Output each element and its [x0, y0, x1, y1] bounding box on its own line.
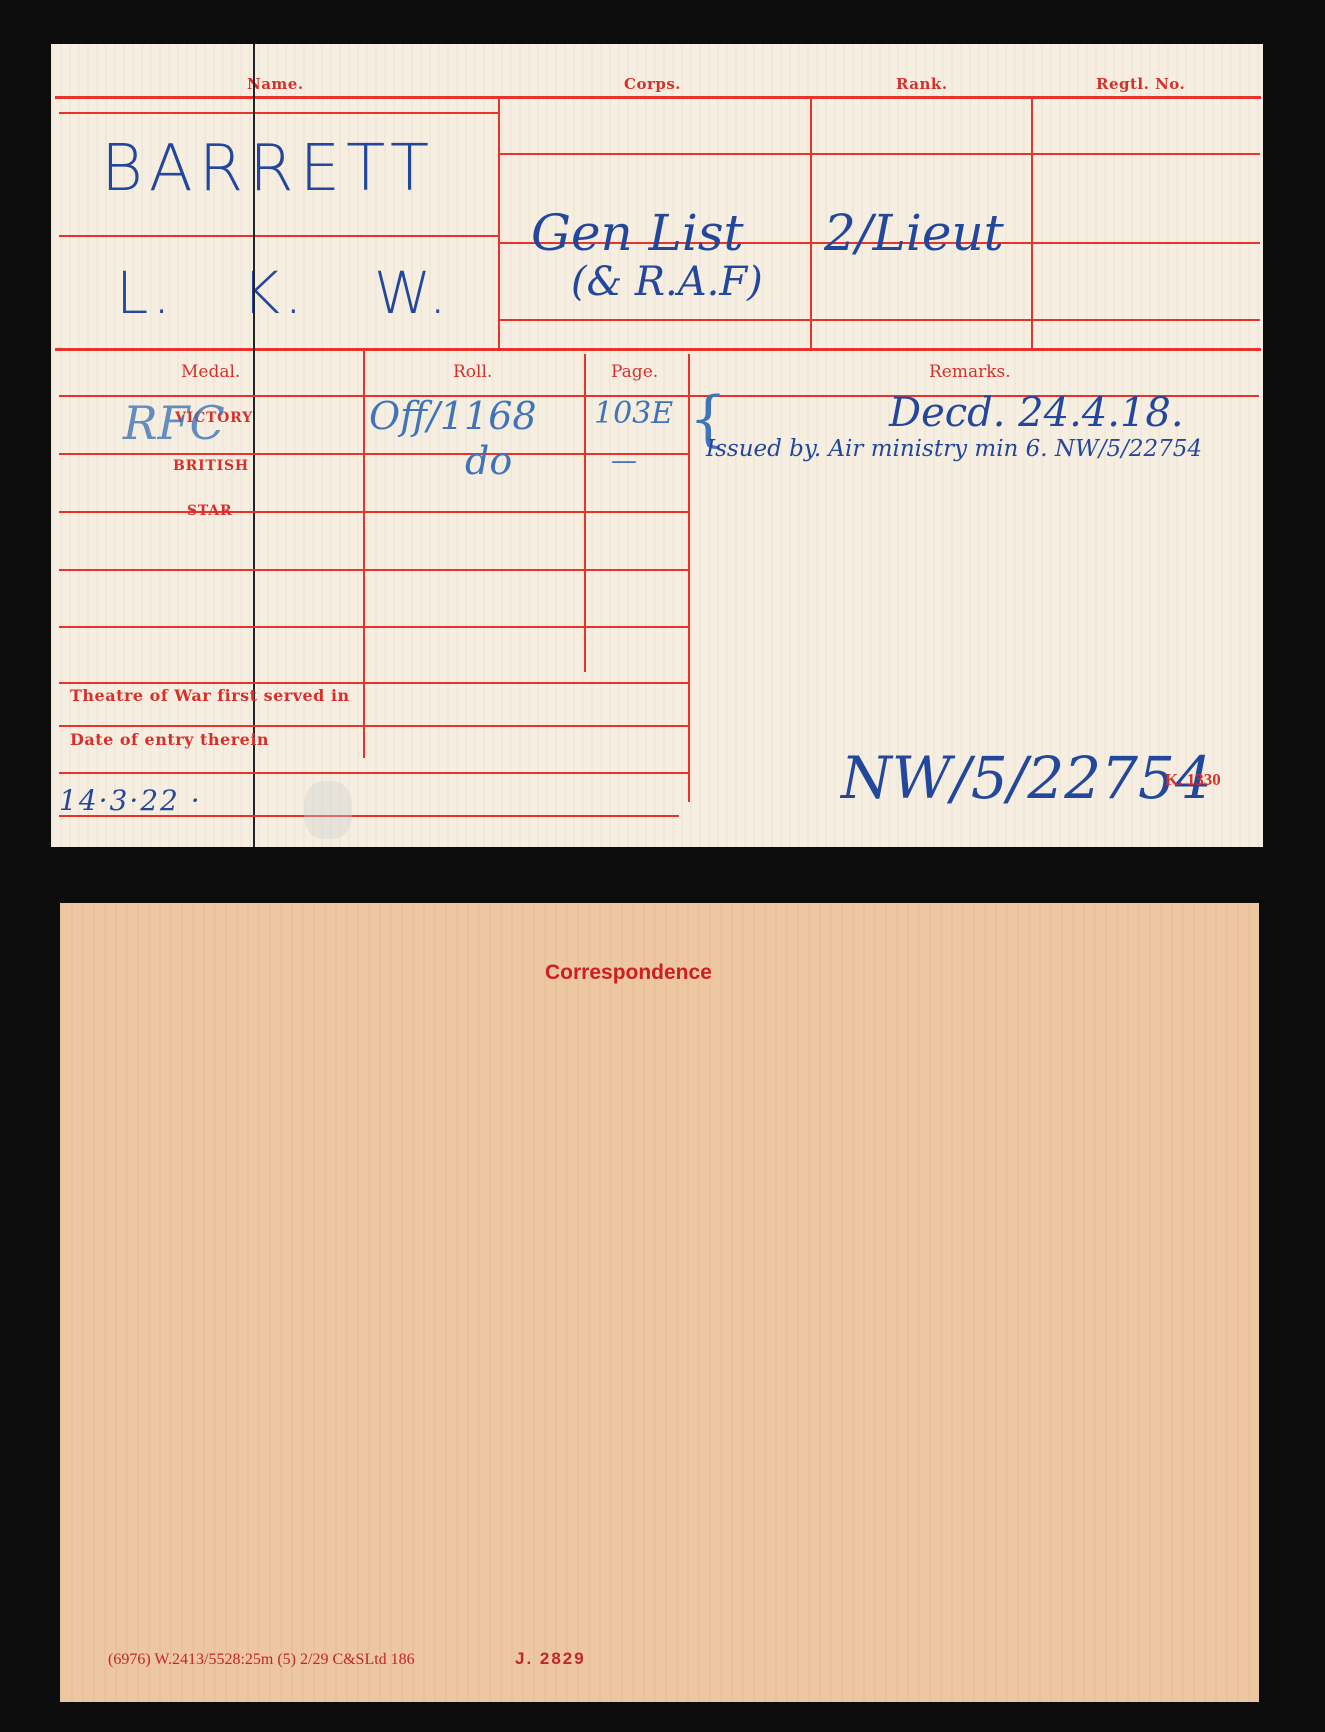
medal-index-card-front: Name. Corps. Rank. Regtl. No. BARRETT L.… — [51, 44, 1263, 847]
date-entry-label: Date of entry therein — [70, 730, 269, 749]
rule-medal-row2 — [59, 511, 689, 513]
rule-medal-row5 — [59, 682, 689, 684]
header-roll: Roll. — [453, 362, 492, 382]
rank-value: 2/Lieut — [824, 204, 1004, 262]
rule-name-bottom — [55, 348, 1261, 351]
rule-name-mid — [59, 235, 499, 237]
page-value-2: — — [611, 446, 637, 476]
correspondence-title: Correspondence — [545, 961, 712, 985]
medal-annotation: RFC — [123, 396, 225, 450]
divider-roll-page — [584, 354, 586, 672]
header-corps: Corps. — [624, 75, 681, 93]
medal-index-card-back: Correspondence (6976) W.2413/5528:25m (5… — [60, 903, 1259, 1702]
rule-medal-row6 — [59, 725, 689, 727]
rule-medal-row1 — [59, 453, 689, 455]
divider-corps-rank — [810, 98, 812, 350]
medal-star: STAR — [187, 503, 232, 519]
remarks-line-2: Issued by. Air ministry min 6. NW/5/2275… — [706, 436, 1202, 462]
divider-name-corps — [498, 98, 500, 350]
roll-value-2: do — [465, 439, 512, 483]
stain — [304, 781, 352, 839]
divider-rank-regtl — [1031, 98, 1033, 350]
header-page: Page. — [611, 362, 658, 382]
form-code-front: K. 1330 — [1165, 770, 1221, 790]
printer-imprint: (6976) W.2413/5528:25m (5) 2/29 C&SLtd 1… — [108, 1651, 415, 1669]
remarks-line-1: Decd. 24.4.18. — [889, 390, 1184, 436]
rule-name-header — [59, 112, 499, 114]
surname-value: BARRETT — [101, 132, 435, 206]
header-medal: Medal. — [181, 362, 240, 382]
header-rank: Rank. — [896, 75, 948, 93]
reference-number: NW/5/22754 — [841, 744, 1212, 812]
initials-value: L. K. W. — [116, 259, 451, 327]
medal-british: BRITISH — [173, 458, 249, 474]
rule-medal-row4 — [59, 626, 689, 628]
rule-medal-row7 — [59, 772, 689, 774]
header-name: Name. — [247, 75, 304, 93]
rule-grid-1 — [500, 153, 1260, 155]
header-regtl-no: Regtl. No. — [1096, 75, 1185, 93]
rule-grid-3 — [500, 319, 1260, 321]
rule-medal-row3 — [59, 569, 689, 571]
theatre-label: Theatre of War first served in — [70, 686, 350, 705]
corps-value-line2: (& R.A.F) — [571, 259, 763, 305]
header-remarks: Remarks. — [929, 362, 1011, 382]
divider-medal-roll — [363, 350, 365, 758]
page-value-1: 103E — [594, 396, 673, 431]
roll-value-1: Off/1168 — [369, 394, 537, 438]
rule-top — [55, 96, 1261, 99]
form-code-back: J. 2829 — [515, 1649, 586, 1669]
corps-value-line1: Gen List — [531, 204, 744, 262]
handwritten-date: 14·3·22 · — [59, 784, 202, 817]
